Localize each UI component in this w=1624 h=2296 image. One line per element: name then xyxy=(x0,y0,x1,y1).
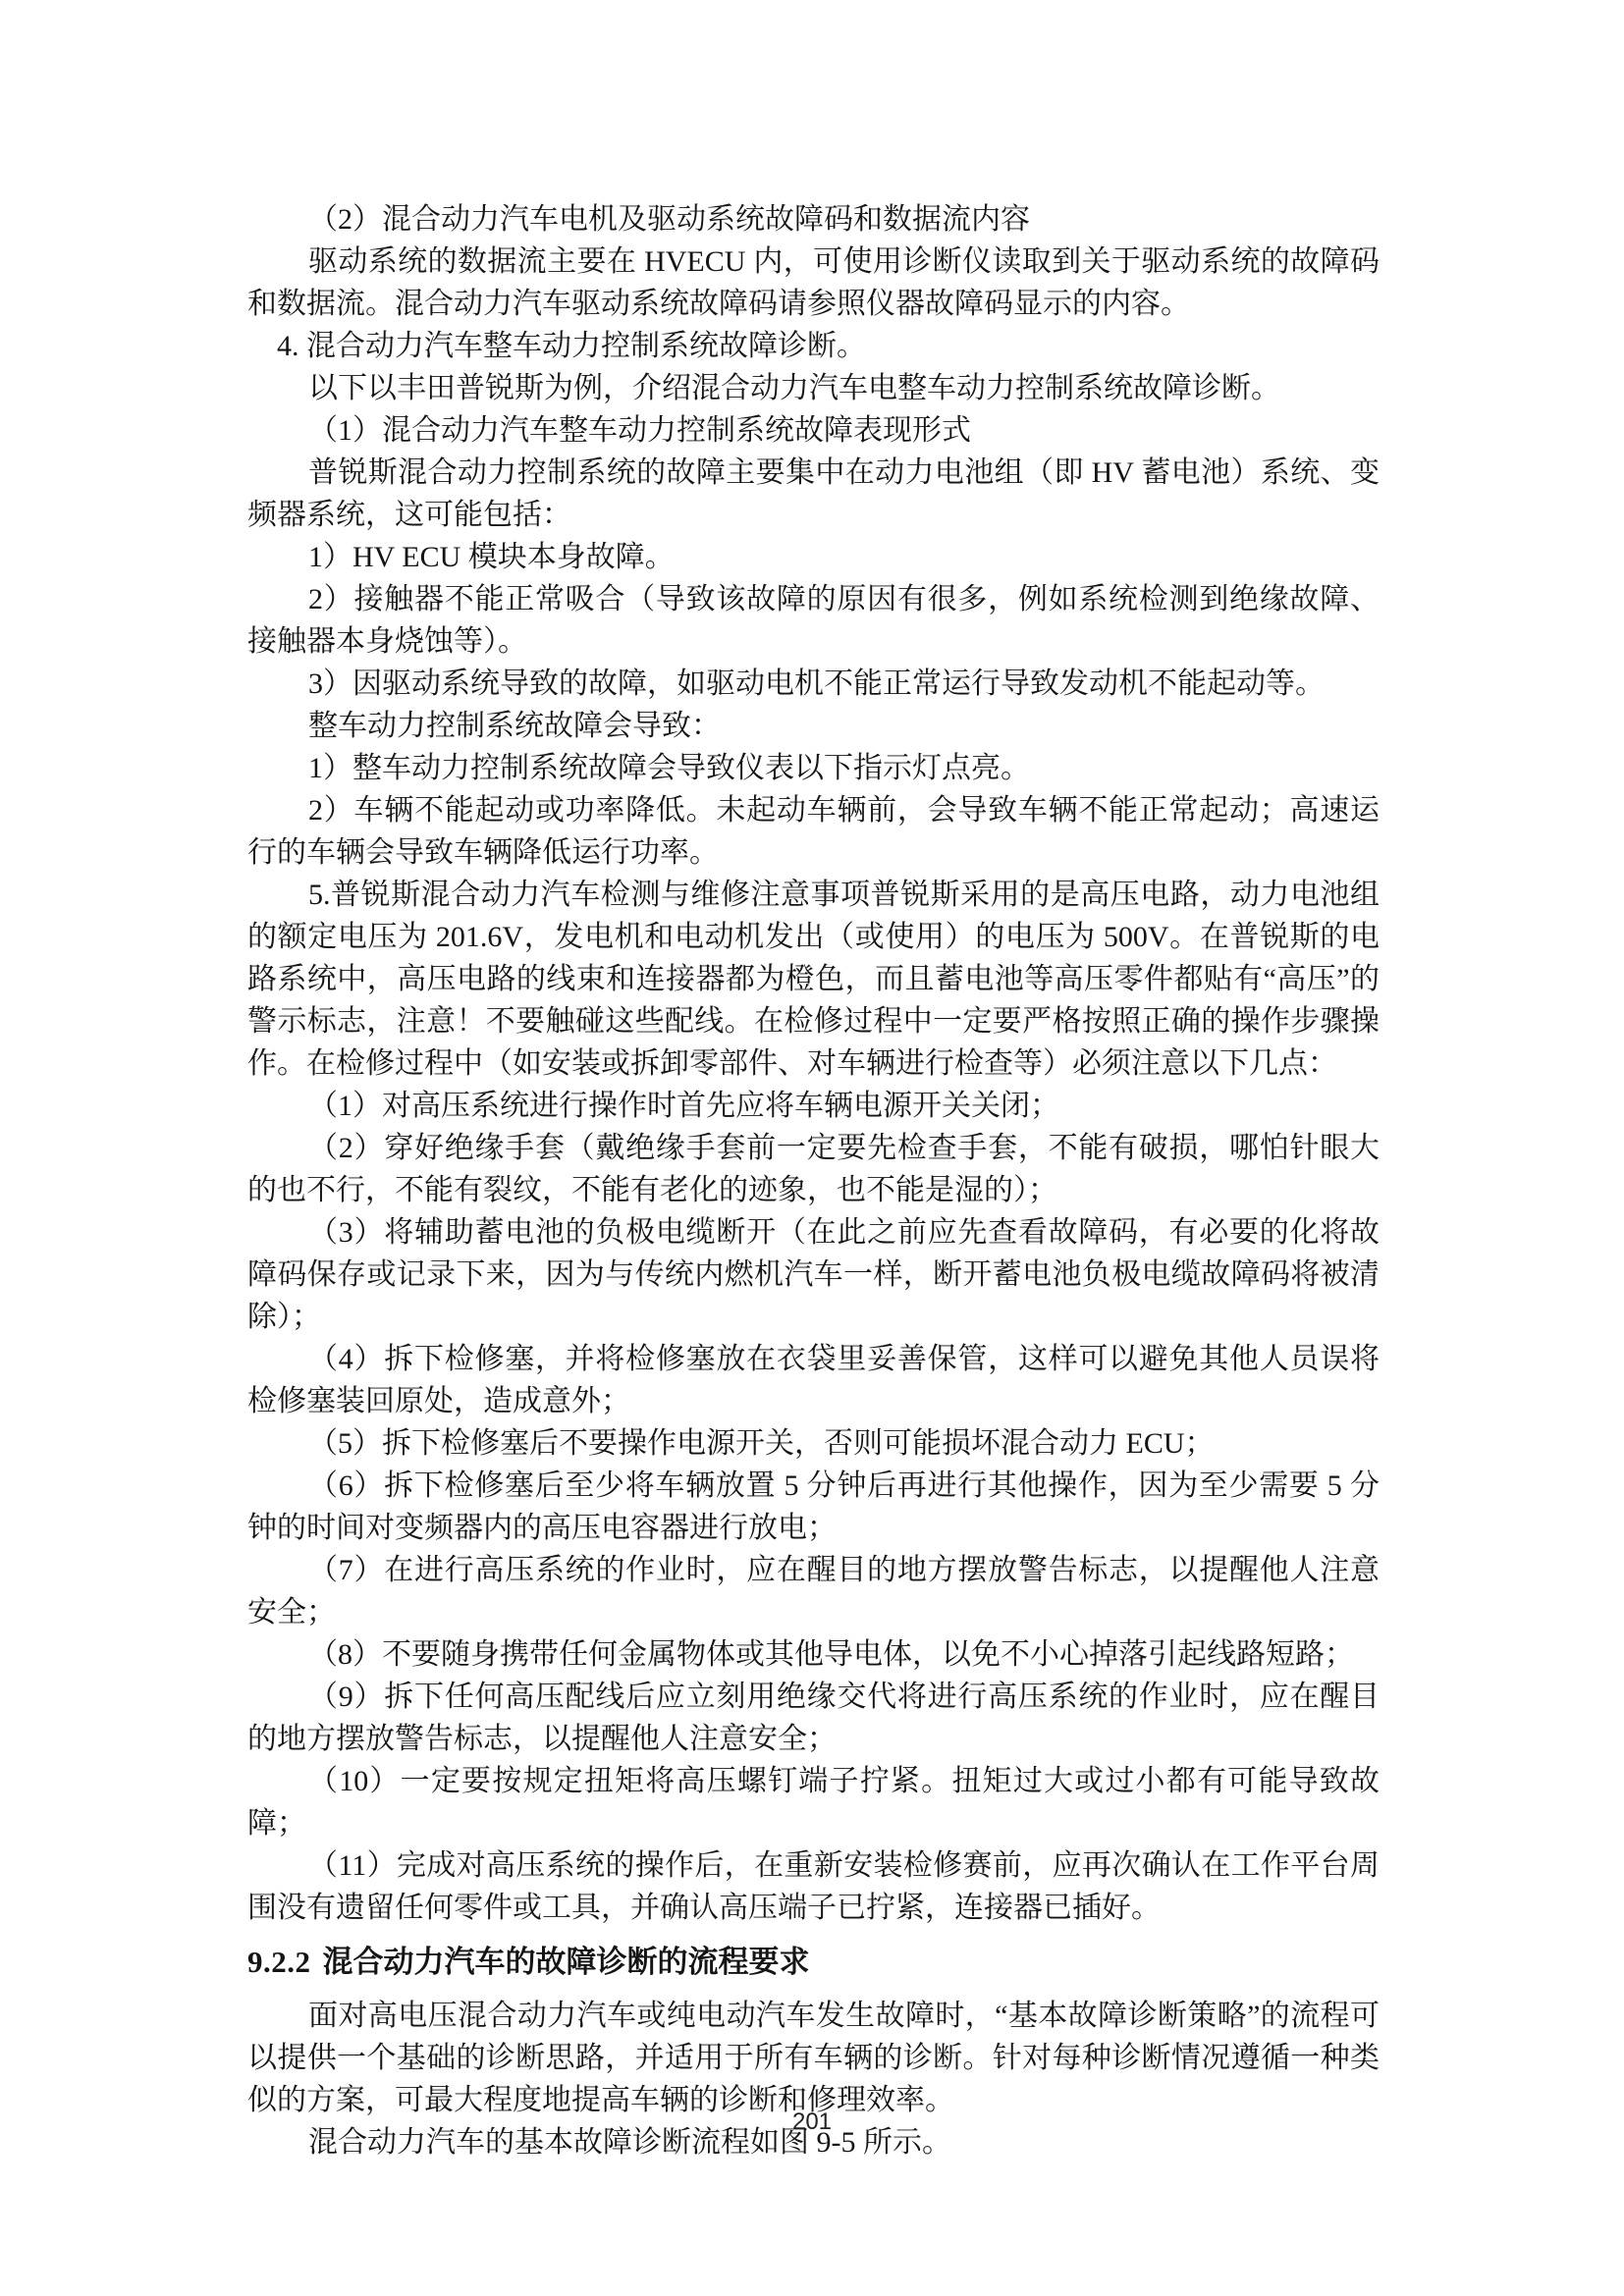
list-item: （7）在进行高压系统的作业时，应在醒目的地方摆放警告标志，以提醒他人注意安全； xyxy=(247,1549,1380,1633)
paragraph: 整车动力控制系统故障会导致： xyxy=(247,705,1380,747)
list-item: （5）拆下检修塞后不要操作电源开关，否则可能损坏混合动力 ECU； xyxy=(247,1422,1380,1465)
paragraph: 4. 混合动力汽车整车动力控制系统故障诊断。 xyxy=(247,325,1380,367)
list-item: （4）拆下检修塞，并将检修塞放在衣袋里妥善保管，这样可以避免其他人员误将检修塞装… xyxy=(247,1338,1380,1422)
paragraph: 普锐斯混合动力控制系统的故障主要集中在动力电池组（即 HV 蓄电池）系统、变频器… xyxy=(247,452,1380,536)
list-item: （2）穿好绝缘手套（戴绝缘手套前一定要先检查手套，不能有破损，哪怕针眼大的也不行… xyxy=(247,1127,1380,1211)
list-item: 1）HV ECU 模块本身故障。 xyxy=(247,536,1380,578)
list-item: 1）整车动力控制系统故障会导致仪表以下指示灯点亮。 xyxy=(247,747,1380,789)
document-page: （2）混合动力汽车电机及驱动系统故障码和数据流内容 驱动系统的数据流主要在 HV… xyxy=(0,0,1624,2296)
list-item: 3）因驱动系统导致的故障，如驱动电机不能正常运行导致发动机不能起动等。 xyxy=(247,663,1380,705)
list-item: （8）不要随身携带任何金属物体或其他导电体，以免不小心掉落引起线路短路； xyxy=(247,1633,1380,1676)
list-item: 2）接触器不能正常吸合（导致该故障的原因有很多，例如系统检测到绝缘故障、接触器本… xyxy=(247,578,1380,663)
paragraph: 以下以丰田普锐斯为例，介绍混合动力汽车电整车动力控制系统故障诊断。 xyxy=(247,367,1380,409)
list-item: （1）对高压系统进行操作时首先应将车辆电源开关关闭； xyxy=(247,1085,1380,1127)
list-item: （9）拆下任何高压配线后应立刻用绝缘交代将进行高压系统的作业时，应在醒目的地方摆… xyxy=(247,1676,1380,1760)
page-number: 201 xyxy=(0,2109,1624,2136)
section-heading: 9.2.2混合动力汽车的故障诊断的流程要求 xyxy=(247,1941,1380,1983)
list-item: 2）车辆不能起动或功率降低。未起动车辆前，会导致车辆不能正常起动；高速运行的车辆… xyxy=(247,789,1380,874)
paragraph: （1）混合动力汽车整车动力控制系统故障表现形式 xyxy=(247,409,1380,452)
list-item: （11）完成对高压系统的操作后，在重新安装检修赛前，应再次确认在工作平台周围没有… xyxy=(247,1844,1380,1929)
text-column: （2）混合动力汽车电机及驱动系统故障码和数据流内容 驱动系统的数据流主要在 HV… xyxy=(247,198,1380,2163)
paragraph: （2）混合动力汽车电机及驱动系统故障码和数据流内容 xyxy=(247,198,1380,240)
list-item: （3）将辅助蓄电池的负极电缆断开（在此之前应先查看故障码，有必要的化将故障码保存… xyxy=(247,1211,1380,1338)
list-item: （6）拆下检修塞后至少将车辆放置 5 分钟后再进行其他操作，因为至少需要 5 分… xyxy=(247,1465,1380,1549)
section-title: 混合动力汽车的故障诊断的流程要求 xyxy=(323,1945,810,1979)
paragraph: 5.普锐斯混合动力汽车检测与维修注意事项普锐斯采用的是高压电路，动力电池组的额定… xyxy=(247,874,1380,1085)
section-number: 9.2.2 xyxy=(247,1945,311,1979)
paragraph: 驱动系统的数据流主要在 HVECU 内，可使用诊断仪读取到关于驱动系统的故障码和… xyxy=(247,240,1380,325)
list-item: （10）一定要按规定扭矩将高压螺钉端子拧紧。扭矩过大或过小都有可能导致故障； xyxy=(247,1760,1380,1844)
paragraph: 面对高电压混合动力汽车或纯电动汽车发生故障时，“基本故障诊断策略”的流程可以提供… xyxy=(247,1995,1380,2121)
